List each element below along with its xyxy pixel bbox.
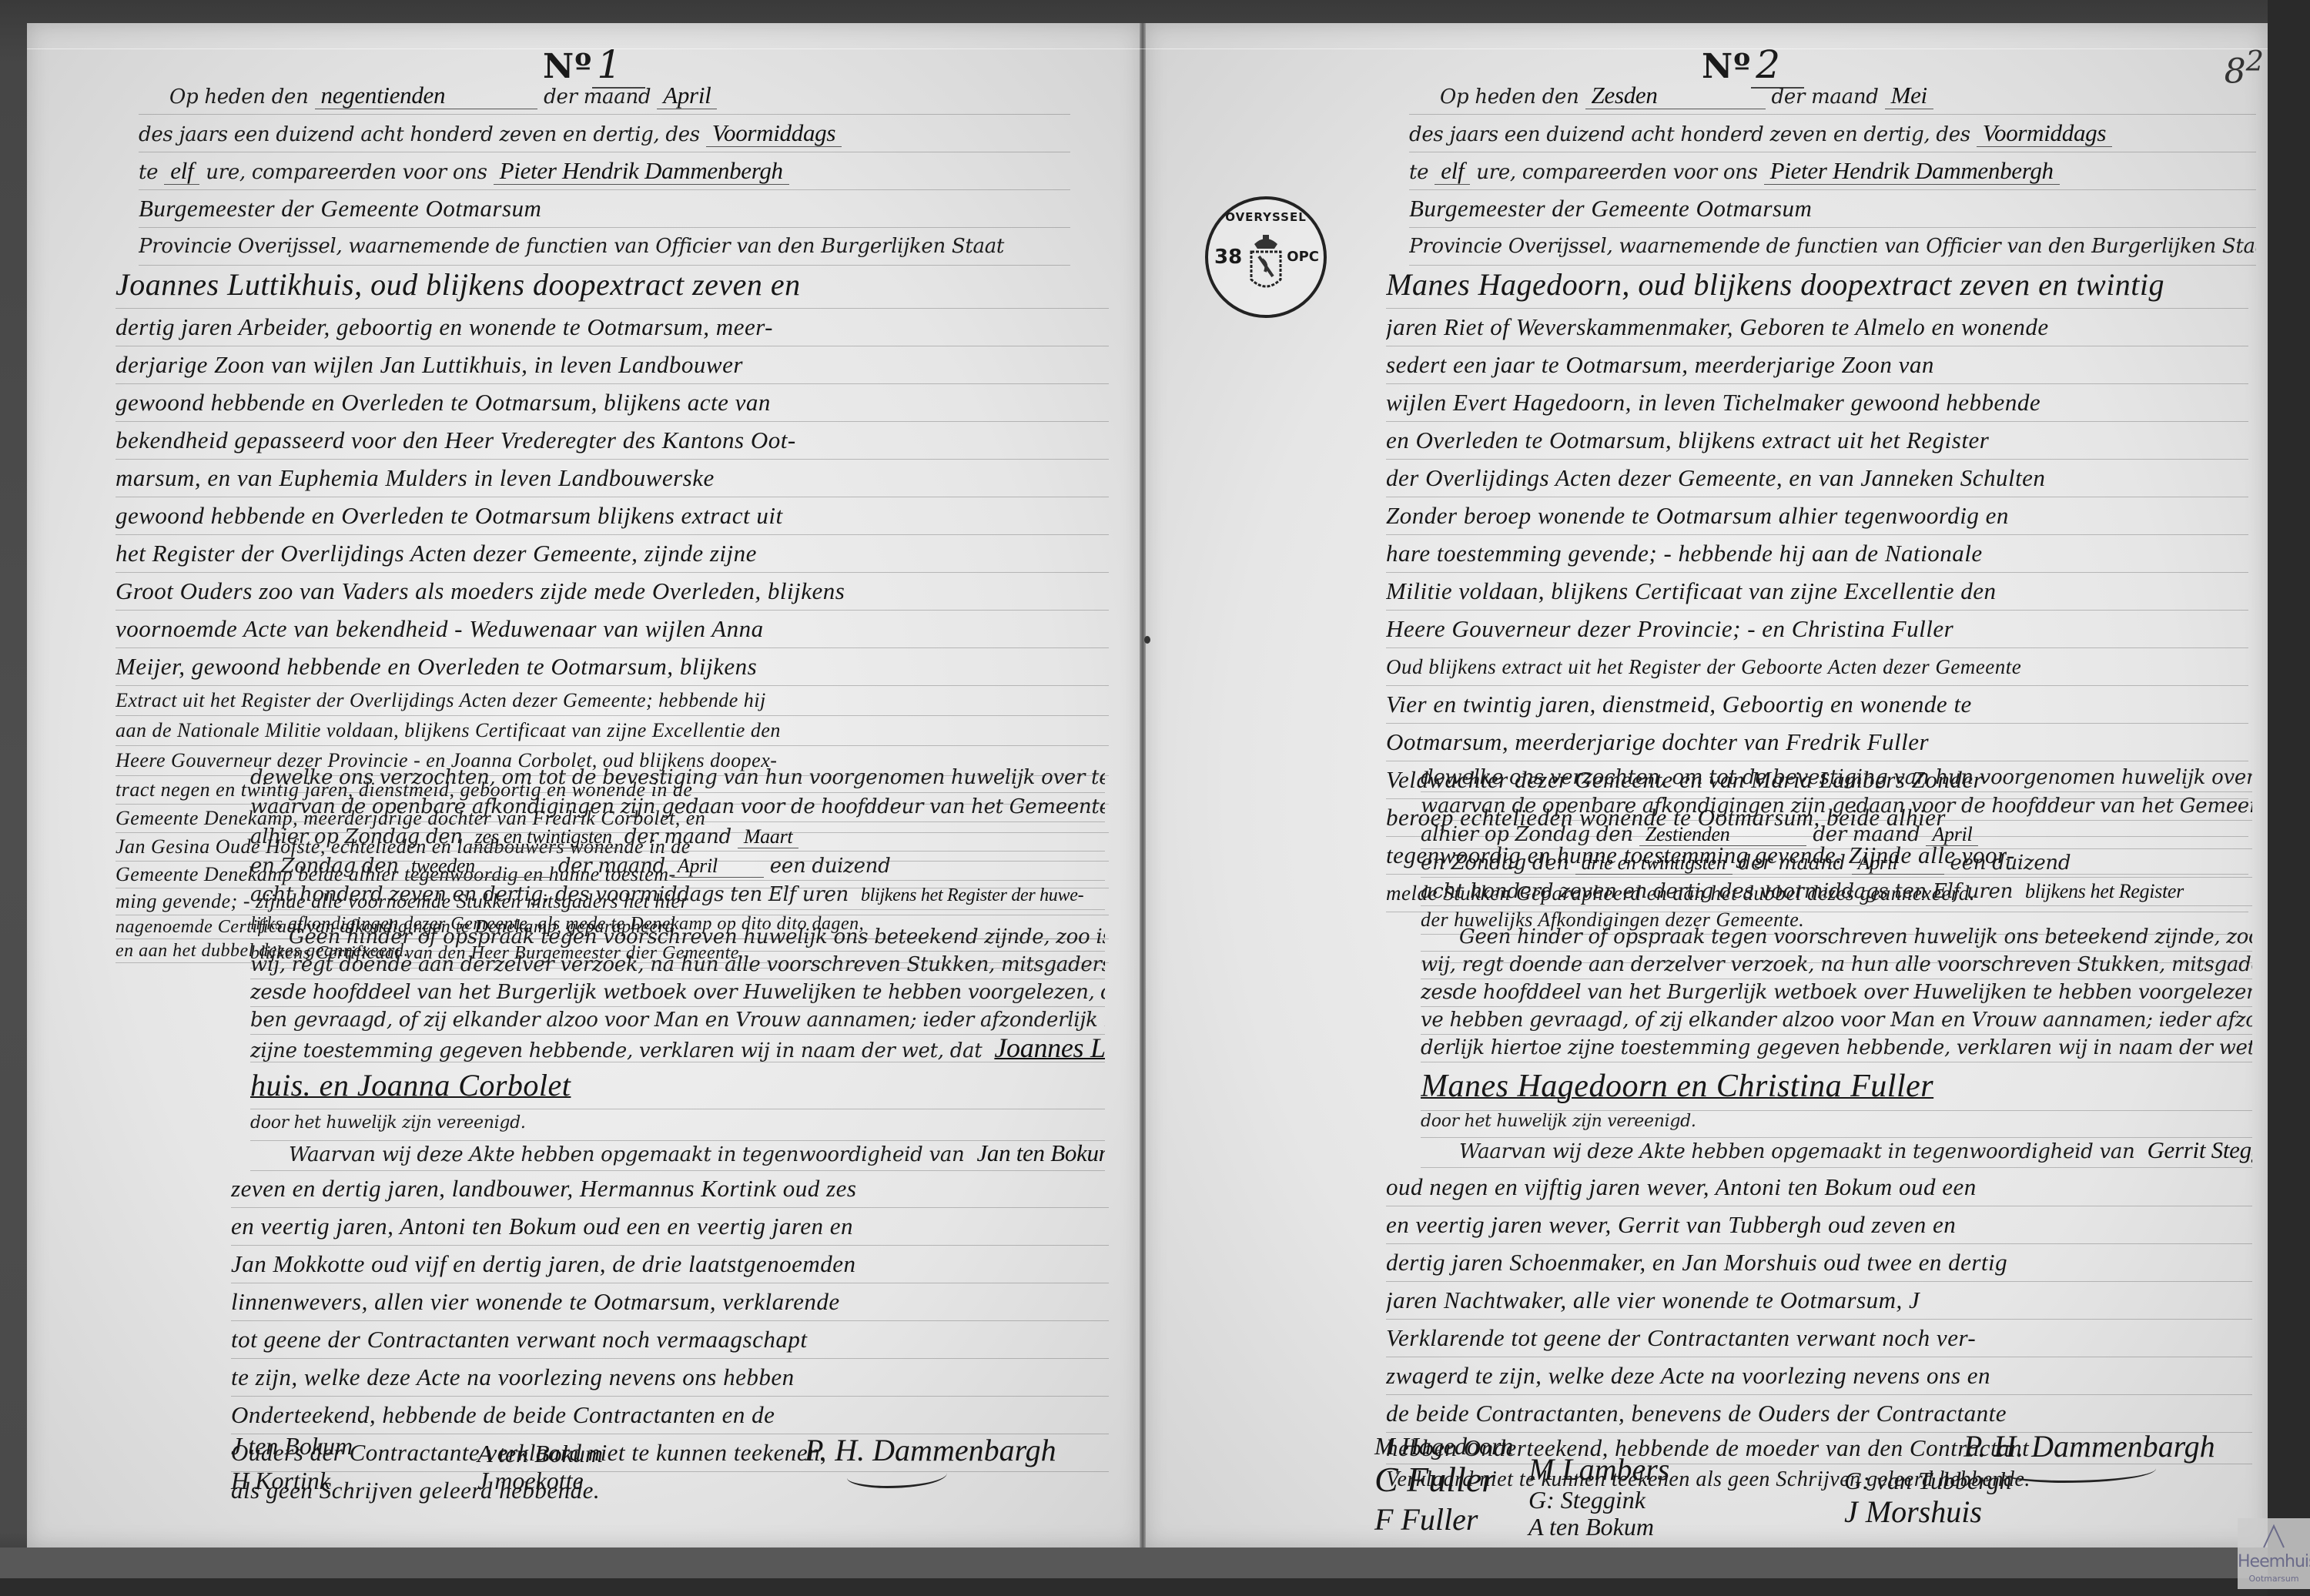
declaration-line: ve hebben gevraagd, of zij elkander alzo… (1421, 1007, 2252, 1035)
request-line: acht honderd zeven en dertig des voormid… (1421, 878, 2252, 906)
printed-text: dewelke ons verzochten, om tot de bevest… (1421, 766, 2252, 789)
signature-witness: J moekotte (477, 1467, 584, 1495)
handwritten-month: Maart (738, 825, 799, 848)
witness-line: als geen Schrijven geleerd hebbende. (231, 1472, 1109, 1509)
opening-line: Provincie Overijssel, waarnemende de fun… (139, 228, 1070, 266)
printed-text: dewelke ons verzochten, om tot de bevest… (250, 766, 1105, 789)
stamp-province: OVERYSSEL (1208, 210, 1324, 224)
signature-groom: M Hagedoorn (1374, 1432, 1513, 1460)
opening-line: Burgemeester der Gemeente Ootmarsum (139, 190, 1070, 228)
signature-witness: J Morshuis (1844, 1494, 1982, 1530)
printed-text: alhier op Zondag den (250, 825, 469, 848)
witness-line: dertig jaren Schoenmaker, en Jan Morshui… (1386, 1244, 2252, 1282)
handwritten-officer: Pieter Hendrik Dammenbergh (1764, 157, 2060, 185)
handwritten-daypart: Voormiddags (706, 119, 842, 147)
printed-text: der maand (1732, 852, 1852, 875)
scanner-bottom-border (0, 1578, 2310, 1596)
folio-superscript: 2 (2246, 45, 2264, 78)
archive-watermark: Heemhuis Ootmarsum (2238, 1518, 2310, 1589)
handwritten-date: Zestienden (1639, 823, 1807, 846)
handwritten-office: Burgemeester der Gemeente Ootmarsum (139, 195, 541, 222)
binding-pin (1144, 636, 1150, 644)
handwritten-hour: elf (1435, 157, 1470, 185)
stamp-unit: OPC (1287, 249, 1319, 265)
body-line: Meijer, gewoond hebbende en Overleden te… (115, 648, 1109, 686)
right-declaration: Geen hinder of opspraak tegen voorschrev… (1421, 924, 2252, 1138)
opening-line: Provincie Overijssel, waarnemende de fun… (1409, 228, 2256, 266)
request-line: dewelke ons verzochten, om tot de bevest… (1421, 764, 2252, 792)
opening-line: Burgemeester der Gemeente Ootmarsum (1409, 190, 2256, 228)
opening-line: des jaars een duizend acht honderd zeven… (139, 115, 1070, 152)
declaration-line: wij, regt doende aan derzelver verzoek, … (1421, 952, 2252, 979)
body-line: sedert een jaar te Ootmarsum, meerderjar… (1386, 346, 2248, 384)
printed-text: ure, compareerden voor ons (199, 161, 493, 184)
couple-names: huis. en Joanna Corbolet (250, 1068, 571, 1102)
witness-name: Gerrit Steggink (2141, 1136, 2252, 1163)
handwritten-day: negentienden (315, 82, 538, 109)
handwritten-date: drie en twintigsten (1575, 852, 1732, 875)
united-line: door het huwelijk zijn vereenigd. (1421, 1110, 2252, 1133)
printed-text: en Zondag den (250, 855, 405, 878)
left-opening: Op heden den negentienden der maand Apri… (139, 77, 1070, 266)
request-line: en Zondag den tweeden der maand April ee… (250, 852, 1105, 881)
printed-text: der maand (1766, 85, 1885, 109)
declaration-line: zijne toestemming gegeven hebbende, verk… (250, 1035, 1105, 1062)
book-binding (1140, 23, 1146, 1547)
printed-text: te (1409, 161, 1435, 184)
handwritten-month: April (1852, 852, 1944, 875)
couple-line: Manes Hagedoorn en Christina Fuller (1421, 1062, 2252, 1111)
body-line: hare toestemming gevende; - hebbende hij… (1386, 535, 2248, 573)
printed-text: der maand (618, 825, 738, 848)
body-line: dertig jaren Arbeider, geboortig en wone… (115, 309, 1109, 346)
witness-line: Jan Mokkotte oud vijf en dertig jaren, d… (231, 1246, 1109, 1283)
opening-line: des jaars een duizend acht honderd zeven… (1409, 115, 2256, 152)
left-witnesses: door het huwelijk zijn vereenigd. Waarva… (250, 1110, 1105, 1171)
handwritten-register: blijkens het Register (2019, 880, 2190, 902)
body-line: wijlen Evert Hagedoorn, in leven Tichelm… (1386, 384, 2248, 422)
witness-line: en veertig jaren wever, Gerrit van Tubbe… (1386, 1206, 2252, 1244)
printed-text: acht honderd zeven en dertig, des voormi… (250, 883, 855, 906)
witness-line: linnenwevers, allen vier wonende te Ootm… (231, 1283, 1109, 1321)
printed-text: acht honderd zeven en dertig des voormid… (1421, 880, 2019, 903)
request-line: alhier op Zondag den zes en twintigsten … (250, 822, 1105, 852)
body-line: Manes Hagedoorn, oud blijkens doopextrac… (1386, 262, 2248, 309)
signature-bride: C Fuller (1374, 1459, 1495, 1500)
declaration-line: Geen hinder of opspraak tegen voorschrev… (1421, 924, 2252, 952)
opening-line: te elf ure, compareerden voor ons Pieter… (139, 152, 1070, 190)
witness-line: zeven en dertig jaren, landbouwer, Herma… (231, 1170, 1109, 1208)
coat-of-arms-icon (1247, 233, 1285, 295)
right-witnesses: door het huwelijk zijn vereenigd. Waarva… (1421, 1110, 2252, 1168)
scanner-bed-edge (0, 1547, 2310, 1578)
witness-line: Onderteekend, hebbende de beide Contract… (231, 1397, 1109, 1434)
body-line: Ootmarsum, meerderjarige dochter van Fre… (1386, 724, 2248, 761)
handwritten-daypart: Voormiddags (1977, 119, 2112, 147)
witness-intro: Waarvan wij deze Akte hebben opgemaakt i… (1421, 1133, 2252, 1168)
signature-witness: A ten Bokum (1528, 1513, 1654, 1541)
witness-line: tot geene der Contractanten verwant noch… (231, 1321, 1109, 1359)
body-line: Joannes Luttikhuis, oud blijkens doopext… (115, 262, 1109, 309)
printed-text: der maand (537, 85, 657, 109)
declaration-line: zesde hoofddeel van het Burgerlijk wetbo… (250, 979, 1105, 1007)
handwritten-month: April (657, 82, 717, 109)
printed-text: Op heden den (169, 85, 315, 109)
witness-line: jaren Nachtwaker, alle vier wonende te O… (1386, 1282, 2252, 1320)
printed-text: alhier op Zondag den (1421, 823, 1639, 846)
signature-witness: H Kortink (231, 1467, 330, 1495)
handwritten-date: zes en twintigsten (469, 825, 618, 848)
body-line: het Register der Overlijdings Acten deze… (115, 535, 1109, 573)
body-line: aan de Nationale Militie voldaan, blijke… (115, 716, 1109, 746)
couple-names: Manes Hagedoorn en Christina Fuller (1421, 1069, 1933, 1104)
witness-intro: Waarvan wij deze Akte hebben opgemaakt i… (250, 1136, 1105, 1171)
request-line: waarvan de openbare afkondigingen zijn g… (1421, 792, 2252, 821)
request-line: alhier op Zondag den Zestienden der maan… (1421, 821, 2252, 849)
witness-line: de beide Contractanten, benevens de Oude… (1386, 1395, 2252, 1433)
request-line: en Zondag den drie en twintigsten der ma… (1421, 849, 2252, 878)
couple-line: huis. en Joanna Corbolet (250, 1062, 1105, 1109)
handwritten-date: tweeden (405, 855, 552, 878)
witness-line: zwagerd te zijn, welke deze Acte na voor… (1386, 1357, 2252, 1395)
watermark-subtitle: Ootmarsum (2238, 1574, 2310, 1584)
watermark-title: Heemhuis (2238, 1552, 2310, 1571)
printed-text: der maand (1806, 823, 1926, 846)
body-line: Extract uit het Register der Overlijding… (115, 686, 1109, 716)
declaration-line: derlijk hiertoe zijne toestemming gegeve… (1421, 1035, 2252, 1062)
request-line: dewelke ons verzochten, om tot de bevest… (250, 764, 1105, 793)
witness-name: Jan ten Bokum, oud (970, 1139, 1105, 1166)
stamp-value: 38 (1214, 246, 1242, 269)
printed-text: Provincie Overijssel, waarnemende de fun… (139, 235, 1004, 258)
printed-text: Op heden den (1440, 85, 1585, 109)
printed-text: Waarvan wij deze Akte hebben opgemaakt i… (1459, 1140, 2135, 1163)
printed-text: waarvan de openbare afkondigingen zijn g… (250, 795, 1105, 818)
declaration-line: Geen hinder of opspraak tegen voorschrev… (250, 924, 1105, 952)
body-line: bekendheid gepasseerd voor den Heer Vred… (115, 422, 1109, 460)
printed-text: des jaars een duizend acht honderd zeven… (139, 123, 706, 146)
printed-text: der maand (552, 855, 671, 878)
opening-line: te elf ure, compareerden voor ons Pieter… (1409, 152, 2256, 190)
body-line: voornoemde Acte van bekendheid - Weduwen… (115, 611, 1109, 648)
signature-witness: J ten Bokum (231, 1432, 353, 1460)
handwritten-month: April (1926, 823, 1978, 846)
printed-text: des jaars een duizend acht honderd zeven… (1409, 123, 1977, 146)
printed-text: waarvan de openbare afkondigingen zijn g… (1421, 795, 2252, 818)
signature-witness: A ten Bokum (477, 1440, 603, 1468)
body-line: gewoond hebbende en Overleden te Ootmars… (115, 497, 1109, 535)
body-line: en Overleden te Ootmarsum, blijkens extr… (1386, 422, 2248, 460)
body-line: Vier en twintig jaren, dienstmeid, Geboo… (1386, 686, 2248, 724)
body-line: Heere Gouverneur dezer Provincie; - en C… (1386, 611, 2248, 648)
handwritten-register: blijkens het Register der huwe- (855, 885, 1090, 905)
opening-line: Op heden den Zesden der maand Mei (1409, 77, 2256, 115)
declaration-line: ben gevraagd, of zij elkander alzoo voor… (250, 1007, 1105, 1035)
signature-mother: M Lambers (1528, 1451, 1669, 1487)
signature-witness: G: van Tubbergh (1844, 1467, 2011, 1495)
request-line: waarvan de openbare afkondigingen zijn g… (250, 793, 1105, 822)
handwritten-office: Burgemeester der Gemeente Ootmarsum (1409, 195, 1812, 222)
house-roof-icon (2261, 1523, 2287, 1549)
right-opening: Op heden den Zesden der maand Mei des ja… (1409, 77, 2256, 266)
scan-artifact-line (27, 49, 2268, 49)
printed-text: zijne toestemming gegeven hebbende, verk… (250, 1039, 982, 1062)
signature-father: F Fuller (1374, 1501, 1478, 1537)
witness-line: en veertig jaren, Antoni ten Bokum oud e… (231, 1208, 1109, 1246)
left-declaration: Geen hinder of opspraak tegen voorschrev… (250, 924, 1105, 1141)
printed-text: een duizend (1944, 852, 2071, 875)
body-line: Oud blijkens extract uit het Register de… (1386, 648, 2248, 686)
body-line: Groot Ouders zoo van Vaders als moeders … (115, 573, 1109, 611)
printed-text: en Zondag den (1421, 852, 1575, 875)
handwritten-day: Zesden (1585, 82, 1766, 109)
signature-witness: G: Steggink (1528, 1486, 1645, 1514)
opening-line: Op heden den negentienden der maand Apri… (139, 77, 1070, 115)
body-line: jaren Riet of Weverskammenmaker, Geboren… (1386, 309, 2248, 346)
tax-stamp: OVERYSSEL 38 OPC (1205, 196, 1327, 318)
handwritten-officer: Pieter Hendrik Dammenbergh (494, 157, 789, 185)
body-line: derjarige Zoon van wijlen Jan Luttikhuis… (115, 346, 1109, 384)
printed-text: te (139, 161, 164, 184)
body-line: Militie voldaan, blijkens Certificaat va… (1386, 573, 2248, 611)
couple-names: Joannes Luttik- (988, 1035, 1105, 1062)
handwritten-month: Mei (1885, 82, 1933, 109)
scanner-right-border (2268, 0, 2310, 1596)
printed-text: een duizend (764, 855, 891, 878)
body-line: marsum, en van Euphemia Mulders in leven… (115, 460, 1109, 497)
handwritten-month: April (671, 855, 764, 878)
body-line: gewoond hebbende en Overleden te Ootmars… (115, 384, 1109, 422)
request-line: acht honderd zeven en dertig, des voormi… (250, 881, 1105, 910)
declaration-line: wij, regt doende aan derzelver verzoek, … (250, 952, 1105, 979)
witness-line: oud negen en vijftig jaren wever, Antoni… (1386, 1169, 2252, 1206)
printed-text: ure, compareerden voor ons (1470, 161, 1763, 184)
declaration-line: zesde hoofddeel van het Burgerlijk wetbo… (1421, 979, 2252, 1007)
body-line: der Overlijdings Acten dezer Gemeente, e… (1386, 460, 2248, 497)
handwritten-hour: elf (164, 157, 199, 185)
printed-text: Waarvan wij deze Akte hebben opgemaakt i… (289, 1143, 965, 1166)
united-line: door het huwelijk zijn vereenigd. (250, 1110, 1105, 1136)
printed-text: Provincie Overijssel, waarnemende de fun… (1409, 235, 2256, 258)
witness-line: Verklarende tot geene der Contractanten … (1386, 1320, 2252, 1357)
witness-line: te zijn, welke deze Acte na voorlezing n… (231, 1359, 1109, 1397)
body-line: Zonder beroep wonende te Ootmarsum alhie… (1386, 497, 2248, 535)
